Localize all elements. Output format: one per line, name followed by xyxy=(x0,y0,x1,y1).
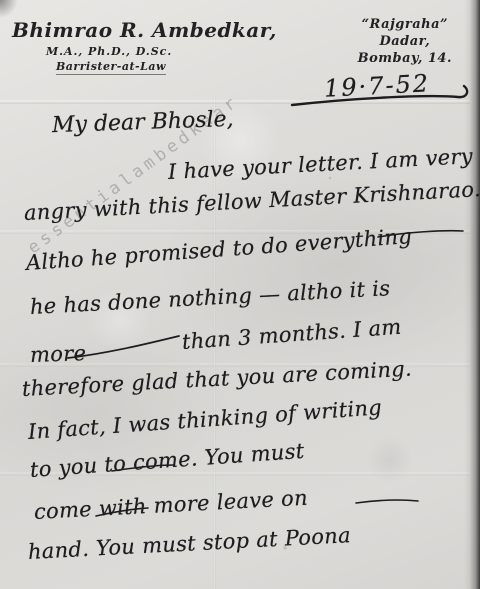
date: 19·7-52 xyxy=(323,69,430,103)
handwritten-line: In fact, I was thinking of writing xyxy=(27,395,383,444)
fold-crease xyxy=(0,100,470,104)
letter-page: essentialambedkaar Bhimrao R. Ambedkar, … xyxy=(0,0,480,589)
salutation: My dear Bhosle, xyxy=(52,107,234,138)
handwritten-line: hand. You must stop at Poona xyxy=(27,523,351,564)
handwritten-line: come with more leave on xyxy=(33,486,308,524)
letterhead-city: Bombay, 14. xyxy=(358,50,452,67)
letterhead-profession: Barrister-at-Law xyxy=(56,60,166,75)
letterhead-credentials: M.A., Ph.D., D.Sc. xyxy=(46,45,172,58)
letterhead-locality: Dadar, xyxy=(358,33,452,50)
letterhead-name: Bhimrao R. Ambedkar, xyxy=(12,18,277,42)
handwritten-line: to you to come. You must xyxy=(29,439,305,482)
handwritten-line: Altho he promised to do everything xyxy=(25,224,413,275)
handwritten-line: more xyxy=(30,341,87,367)
paper-edge-shadow xyxy=(464,0,480,589)
handwritten-line: angry with this fellow Master Krishnarao… xyxy=(23,177,480,225)
letterhead-address: “Rajgraha” Dadar, Bombay, 14. xyxy=(358,16,452,67)
handwritten-line: than 3 months. I am xyxy=(181,315,402,354)
handwritten-line: he has done nothing — altho it is xyxy=(29,276,391,319)
handwritten-line: I have your letter. I am very xyxy=(167,144,473,184)
letterhead-residence: “Rajgraha” xyxy=(358,16,452,33)
connector-stroke xyxy=(356,500,418,503)
